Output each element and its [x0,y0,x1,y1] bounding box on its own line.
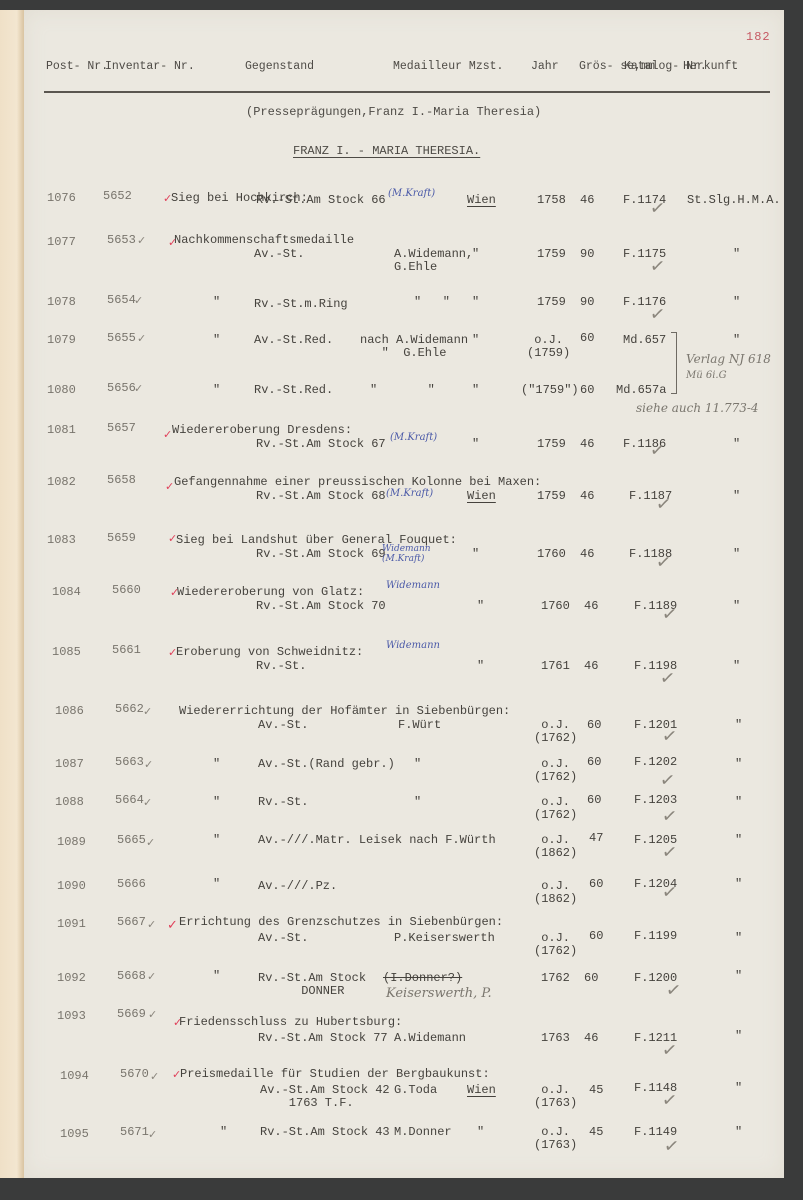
gegenstand-desc: Av.-St.Red. [254,334,333,347]
jahr: 1758 [537,194,566,207]
jahr: ("1759") [521,384,579,397]
jahr: o.J. (1862) [534,880,577,906]
gegenstand-title: Friedensschluss zu Hubertsburg: [179,1016,402,1029]
post-nr: 1093 [57,1010,86,1023]
jahr: 1760 [541,600,570,613]
handwritten-note: (M.Kraft) [388,188,435,199]
inventar-nr: 5664 [115,794,144,807]
gegenstand-desc: Rv.-St.m.Ring [254,298,348,311]
herkunft: " [735,1082,742,1095]
medailleur: (I.Donner?) [383,972,462,985]
jahr: o.J. (1762) [534,796,577,822]
post-nr: 1083 [47,534,76,547]
col-header-herkunft: Herkunft [683,60,738,74]
medailleur: F.Würt [398,719,441,732]
grey-check-icon: ✓ [144,758,153,771]
grey-check-icon: ✓ [137,332,146,345]
inventar-nr: 5661 [112,644,141,657]
mzst: Wien [467,194,496,207]
mzst: " [477,660,484,673]
gegenstand-title: Wiedereroberung von Glatz: [177,586,364,599]
page-number: 182 [746,30,771,44]
gegenstand-title: Eroberung von Schweidnitz: [176,646,363,659]
gegenstand-title: Gefangennahme einer preussischen Kolonne… [174,476,541,489]
mzst: " [472,296,479,309]
gegenstand-desc: Rv.-St.Am Stock 77 [258,1032,388,1045]
jahr: 1761 [541,660,570,673]
inventar-nr: 5665 [117,834,146,847]
pencil-check-icon: ✓ [661,725,679,748]
col-header-post-nr: Post- Nr. [46,60,108,74]
groesse: 45 [589,1084,603,1097]
gegenstand-title: " [213,334,220,347]
groesse: 60 [580,384,594,397]
herkunft: " [733,548,740,561]
grey-check-icon: ✓ [146,836,155,849]
post-nr: 1092 [57,972,86,985]
gegenstand-title: Preismedaille für Studien der Bergbaukun… [180,1068,490,1081]
gegenstand-title: Errichtung des Grenzschutzes in Siebenbü… [179,916,503,929]
groesse: 60 [587,719,601,732]
jahr: 1760 [537,548,566,561]
handwritten-note: (M.Kraft) [390,432,437,443]
medailleur: P.Keiserswerth [394,932,495,945]
inventar-nr: 5666 [117,878,146,891]
inventar-nr: 5654 [107,294,136,307]
jahr: 1759 [537,248,566,261]
gegenstand-desc: Rv.-St.Am Stock 70 [256,600,386,613]
gegenstand-desc: Rv.-St.Am Stock 66 [256,194,386,207]
pencil-check-icon: ✓ [649,197,667,220]
gegenstand-desc: Rv.-St.Am Stock 69 [256,548,386,561]
pencil-check-icon: ✓ [665,979,683,1002]
herkunft: " [733,248,740,261]
handwritten-annotation: siehe auch 11.773-4 [636,401,759,415]
post-nr: 1087 [55,758,84,771]
jahr: o.J. (1762) [534,932,577,958]
inventar-nr: 5659 [107,532,136,545]
post-nr: 1082 [47,476,76,489]
post-nr: 1081 [47,424,76,437]
post-nr: 1086 [55,705,84,718]
pencil-check-icon: ✓ [649,439,667,462]
inventar-nr: 5652 [103,190,132,203]
herkunft: " [733,490,740,503]
book-binding [0,10,25,1178]
handwritten-note: Keiserswerth, P. [386,986,492,1001]
groesse: 46 [580,548,594,561]
pencil-check-icon: ✓ [661,1089,679,1112]
gegenstand-desc: Av.-St.Am Stock 42 1763 T.F. [260,1084,390,1110]
mzst: " [472,384,479,397]
gegenstand-title: " [213,834,220,847]
jahr: o.J. (1762) [534,719,577,745]
jahr: 1762 [541,972,570,985]
mzst: " [472,248,479,261]
pencil-check-icon: ✓ [659,769,677,792]
medailleur: " " [414,296,450,309]
herkunft: " [735,834,742,847]
inventar-nr: 5656 [107,382,136,395]
groesse: 60 [589,878,603,891]
gegenstand-desc: Av.-///.Pz. [258,880,337,893]
groesse: 46 [580,490,594,503]
grey-check-icon: ✓ [148,1008,157,1021]
mzst: " [477,600,484,613]
jahr: o.J. (1763) [534,1126,577,1152]
gegenstand-desc: Av.-St. [258,719,308,732]
herkunft: " [735,796,742,809]
jahr: o.J. (1862) [534,834,577,860]
post-nr: 1088 [55,796,84,809]
pencil-check-icon: ✓ [655,551,673,574]
inventar-nr: 5668 [117,970,146,983]
inventar-nr: 5653 [107,234,136,247]
jahr: 1759 [537,438,566,451]
groesse: 90 [580,248,594,261]
mzst: Wien [467,1084,496,1097]
red-check-icon: ✓ [163,428,172,441]
handwritten-note: Widemann (M.Kraft) [382,544,431,564]
pencil-check-icon: ✓ [661,881,679,904]
inventar-nr: 5657 [107,422,136,435]
medailleur: " [414,758,421,771]
pencil-check-icon: ✓ [663,1135,681,1158]
pencil-check-icon: ✓ [659,667,677,690]
handwritten-annotation: Verlag NJ 618 [686,352,771,366]
red-check-icon: ✓ [167,918,178,933]
herkunft: " [733,334,740,347]
medailleur: " [414,796,421,809]
gegenstand-title: " [213,758,220,771]
col-header-medailleur: Medailleur Mzst. [393,60,503,74]
post-nr: 1090 [57,880,86,893]
handwritten-note: Widemann [386,580,440,591]
herkunft: St.Slg.H.M.A. [687,194,781,207]
gegenstand-desc: Av.-St. [258,932,308,945]
post-nr: 1079 [47,334,76,347]
gegenstand-title: " [213,296,220,309]
katalog-nr: Md.657a [616,384,666,397]
red-check-icon: ✓ [165,480,174,493]
herkunft: " [735,932,742,945]
medailleur: G.Toda [394,1084,437,1097]
jahr: 1763 [541,1032,570,1045]
pencil-check-icon: ✓ [655,493,673,516]
gegenstand-desc: Av.-///.Matr. Leisek nach F.Würth [258,834,496,847]
herkunft: " [733,296,740,309]
medailleur: A.Widemann, G.Ehle [394,248,473,274]
grey-check-icon: ✓ [148,1128,157,1141]
herkunft: " [735,970,742,983]
herkunft: " [735,758,742,771]
grey-check-icon: ✓ [150,1070,159,1083]
herkunft: " [735,878,742,891]
pencil-check-icon: ✓ [661,1039,679,1062]
pencil-check-icon: ✓ [649,303,667,326]
katalog-nr: F.1203 [634,794,677,807]
inventar-nr: 5667 [117,916,146,929]
inventar-nr: 5669 [117,1008,146,1021]
groesse: 46 [580,194,594,207]
groesse: 46 [584,600,598,613]
gegenstand-title: " [213,970,220,983]
jahr: 1759 [537,296,566,309]
handwritten-note: (M.Kraft) [386,488,433,499]
medailleur: nach A.Widemann " G.Ehle [360,334,468,360]
handwritten-annotation: Mü 6i.G [686,370,727,381]
grey-check-icon: ✓ [134,382,143,395]
herkunft: " [733,438,740,451]
mzst: Wien [467,490,496,503]
mzst: " [477,1126,484,1139]
pencil-check-icon: ✓ [649,255,667,278]
gegenstand-desc: Rv.-St. [256,660,306,673]
post-nr: 1076 [47,192,76,205]
herkunft: " [733,600,740,613]
gegenstand-title: " [213,796,220,809]
gegenstand-title: " [213,384,220,397]
grey-check-icon: ✓ [147,918,156,931]
groesse: 46 [584,660,598,673]
subtitle: (Presseprägungen,Franz I.-Maria Theresia… [246,105,541,119]
grey-check-icon: ✓ [143,796,152,809]
mzst: " [472,334,479,347]
jahr: o.J. (1762) [534,758,577,784]
inventar-nr: 5671 [120,1126,149,1139]
jahr: o.J. (1763) [534,1084,577,1110]
inventar-nr: 5658 [107,474,136,487]
post-nr: 1077 [47,236,76,249]
groesse: 60 [589,930,603,943]
katalog-nr: Md.657 [623,334,666,347]
post-nr: 1084 [52,586,81,599]
header-divider [44,91,770,93]
gegenstand-title: Wiedereroberung Dresdens: [172,424,352,437]
gegenstand-desc: Rv.-St.Am Stock 43 [260,1126,390,1139]
gegenstand-desc: Av.-St. [254,248,304,261]
grey-check-icon: ✓ [147,970,156,983]
post-nr: 1080 [47,384,76,397]
post-nr: 1095 [60,1128,89,1141]
herkunft: " [735,1030,742,1043]
groesse: 47 [589,832,603,845]
post-nr: 1089 [57,836,86,849]
groesse: 60 [584,972,598,985]
gegenstand-title: " [213,878,220,891]
post-nr: 1094 [60,1070,89,1083]
inventar-nr: 5663 [115,756,144,769]
groesse: 60 [587,756,601,769]
pencil-check-icon: ✓ [661,603,679,626]
pencil-check-icon: ✓ [661,805,679,828]
jahr: 1759 [537,490,566,503]
col-header-inventar-nr: Inventar- Nr. [105,60,195,74]
grey-check-icon: ✓ [143,705,152,718]
groesse: 46 [580,438,594,451]
medailleur: M.Donner [394,1126,452,1139]
inventar-nr: 5655 [107,332,136,345]
col-header-gegenstand: Gegenstand [245,60,314,74]
gegenstand-desc: Rv.-St.Am Stock 67 [256,438,386,451]
herkunft: " [733,660,740,673]
post-nr: 1078 [47,296,76,309]
post-nr: 1091 [57,918,86,931]
medailleur: " " [370,384,435,397]
handwritten-note: Widemann [386,640,440,651]
gegenstand-desc: Av.-St.(Rand gebr.) [258,758,395,771]
groesse: 46 [584,1032,598,1045]
gegenstand-title: Wiedererrichtung der Hofämter in Siebenb… [179,705,510,718]
herkunft: " [735,1126,742,1139]
inventar-nr: 5670 [120,1068,149,1081]
jahr: o.J. (1759) [527,334,570,360]
gegenstand-desc: Rv.-St.Am Stock DONNER [258,972,366,998]
gegenstand-desc: Rv.-St.Am Stock 68 [256,490,386,503]
groesse: 60 [580,332,594,345]
mzst: " [472,438,479,451]
groesse: 45 [589,1126,603,1139]
inventar-nr: 5662 [115,703,144,716]
gegenstand-title: " [220,1126,227,1139]
katalog-nr: F.1199 [634,930,677,943]
grey-check-icon: ✓ [137,234,146,247]
gegenstand-desc: Rv.-St. [258,796,308,809]
medailleur: A.Widemann [394,1032,466,1045]
gegenstand-desc: Rv.-St.Red. [254,384,333,397]
grey-check-icon: ✓ [134,294,143,307]
inventar-nr: 5660 [112,584,141,597]
katalog-nr: F.1202 [634,756,677,769]
groesse: 60 [587,794,601,807]
col-header-jahr: Jahr [531,60,559,74]
gegenstand-title: Nachkommenschaftsmedaille [174,234,354,247]
mzst: " [472,548,479,561]
bracket-mark [671,332,677,394]
section-title: FRANZ I. - MARIA THERESIA. [293,144,480,158]
post-nr: 1085 [52,646,81,659]
groesse: 90 [580,296,594,309]
herkunft: " [735,719,742,732]
pencil-check-icon: ✓ [661,841,679,864]
